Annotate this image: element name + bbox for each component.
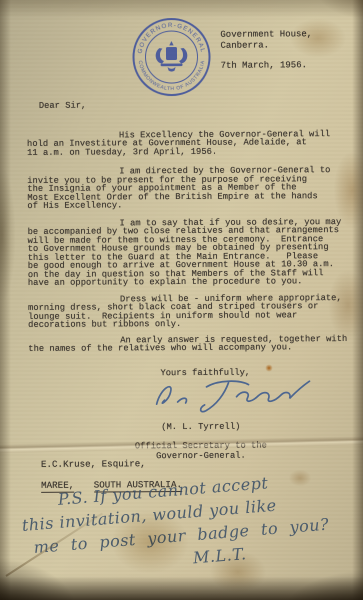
signatory-name: (M. L. Tyrrell) [113,422,289,433]
letterhead-address: Government House, Canberra. [220,29,312,51]
paragraph-investiture: His Excellency the Governor-General will… [27,129,347,156]
salutation: Dear Sir, [39,100,347,110]
letter-body: Dear Sir, His Excellency the Governor-Ge… [27,100,349,378]
letter-date: 7th March, 1956. [221,60,307,71]
paragraph-arrangements: I am to say that if you so desire, you m… [28,217,348,287]
recipient-name: E.C.Kruse, Esquire, [41,459,182,470]
governor-general-seal-icon: GOVERNOR-GENERAL COMMONWEALTH OF AUSTRAL… [129,15,214,100]
signature-ink [146,373,318,414]
scanned-letter-photo: GOVERNOR-GENERAL COMMONWEALTH OF AUSTRAL… [0,0,363,600]
paragraph-dress-code: Dress will be - uniform where appropriat… [28,293,348,329]
letter-content: GOVERNOR-GENERAL COMMONWEALTH OF AUSTRAL… [0,0,363,600]
paragraph-invitation: I am directed by the Governor-General to… [27,166,347,210]
paragraph-early-answer: An early answer is requested, together w… [28,334,348,353]
coat-of-arms-icon [156,41,188,72]
